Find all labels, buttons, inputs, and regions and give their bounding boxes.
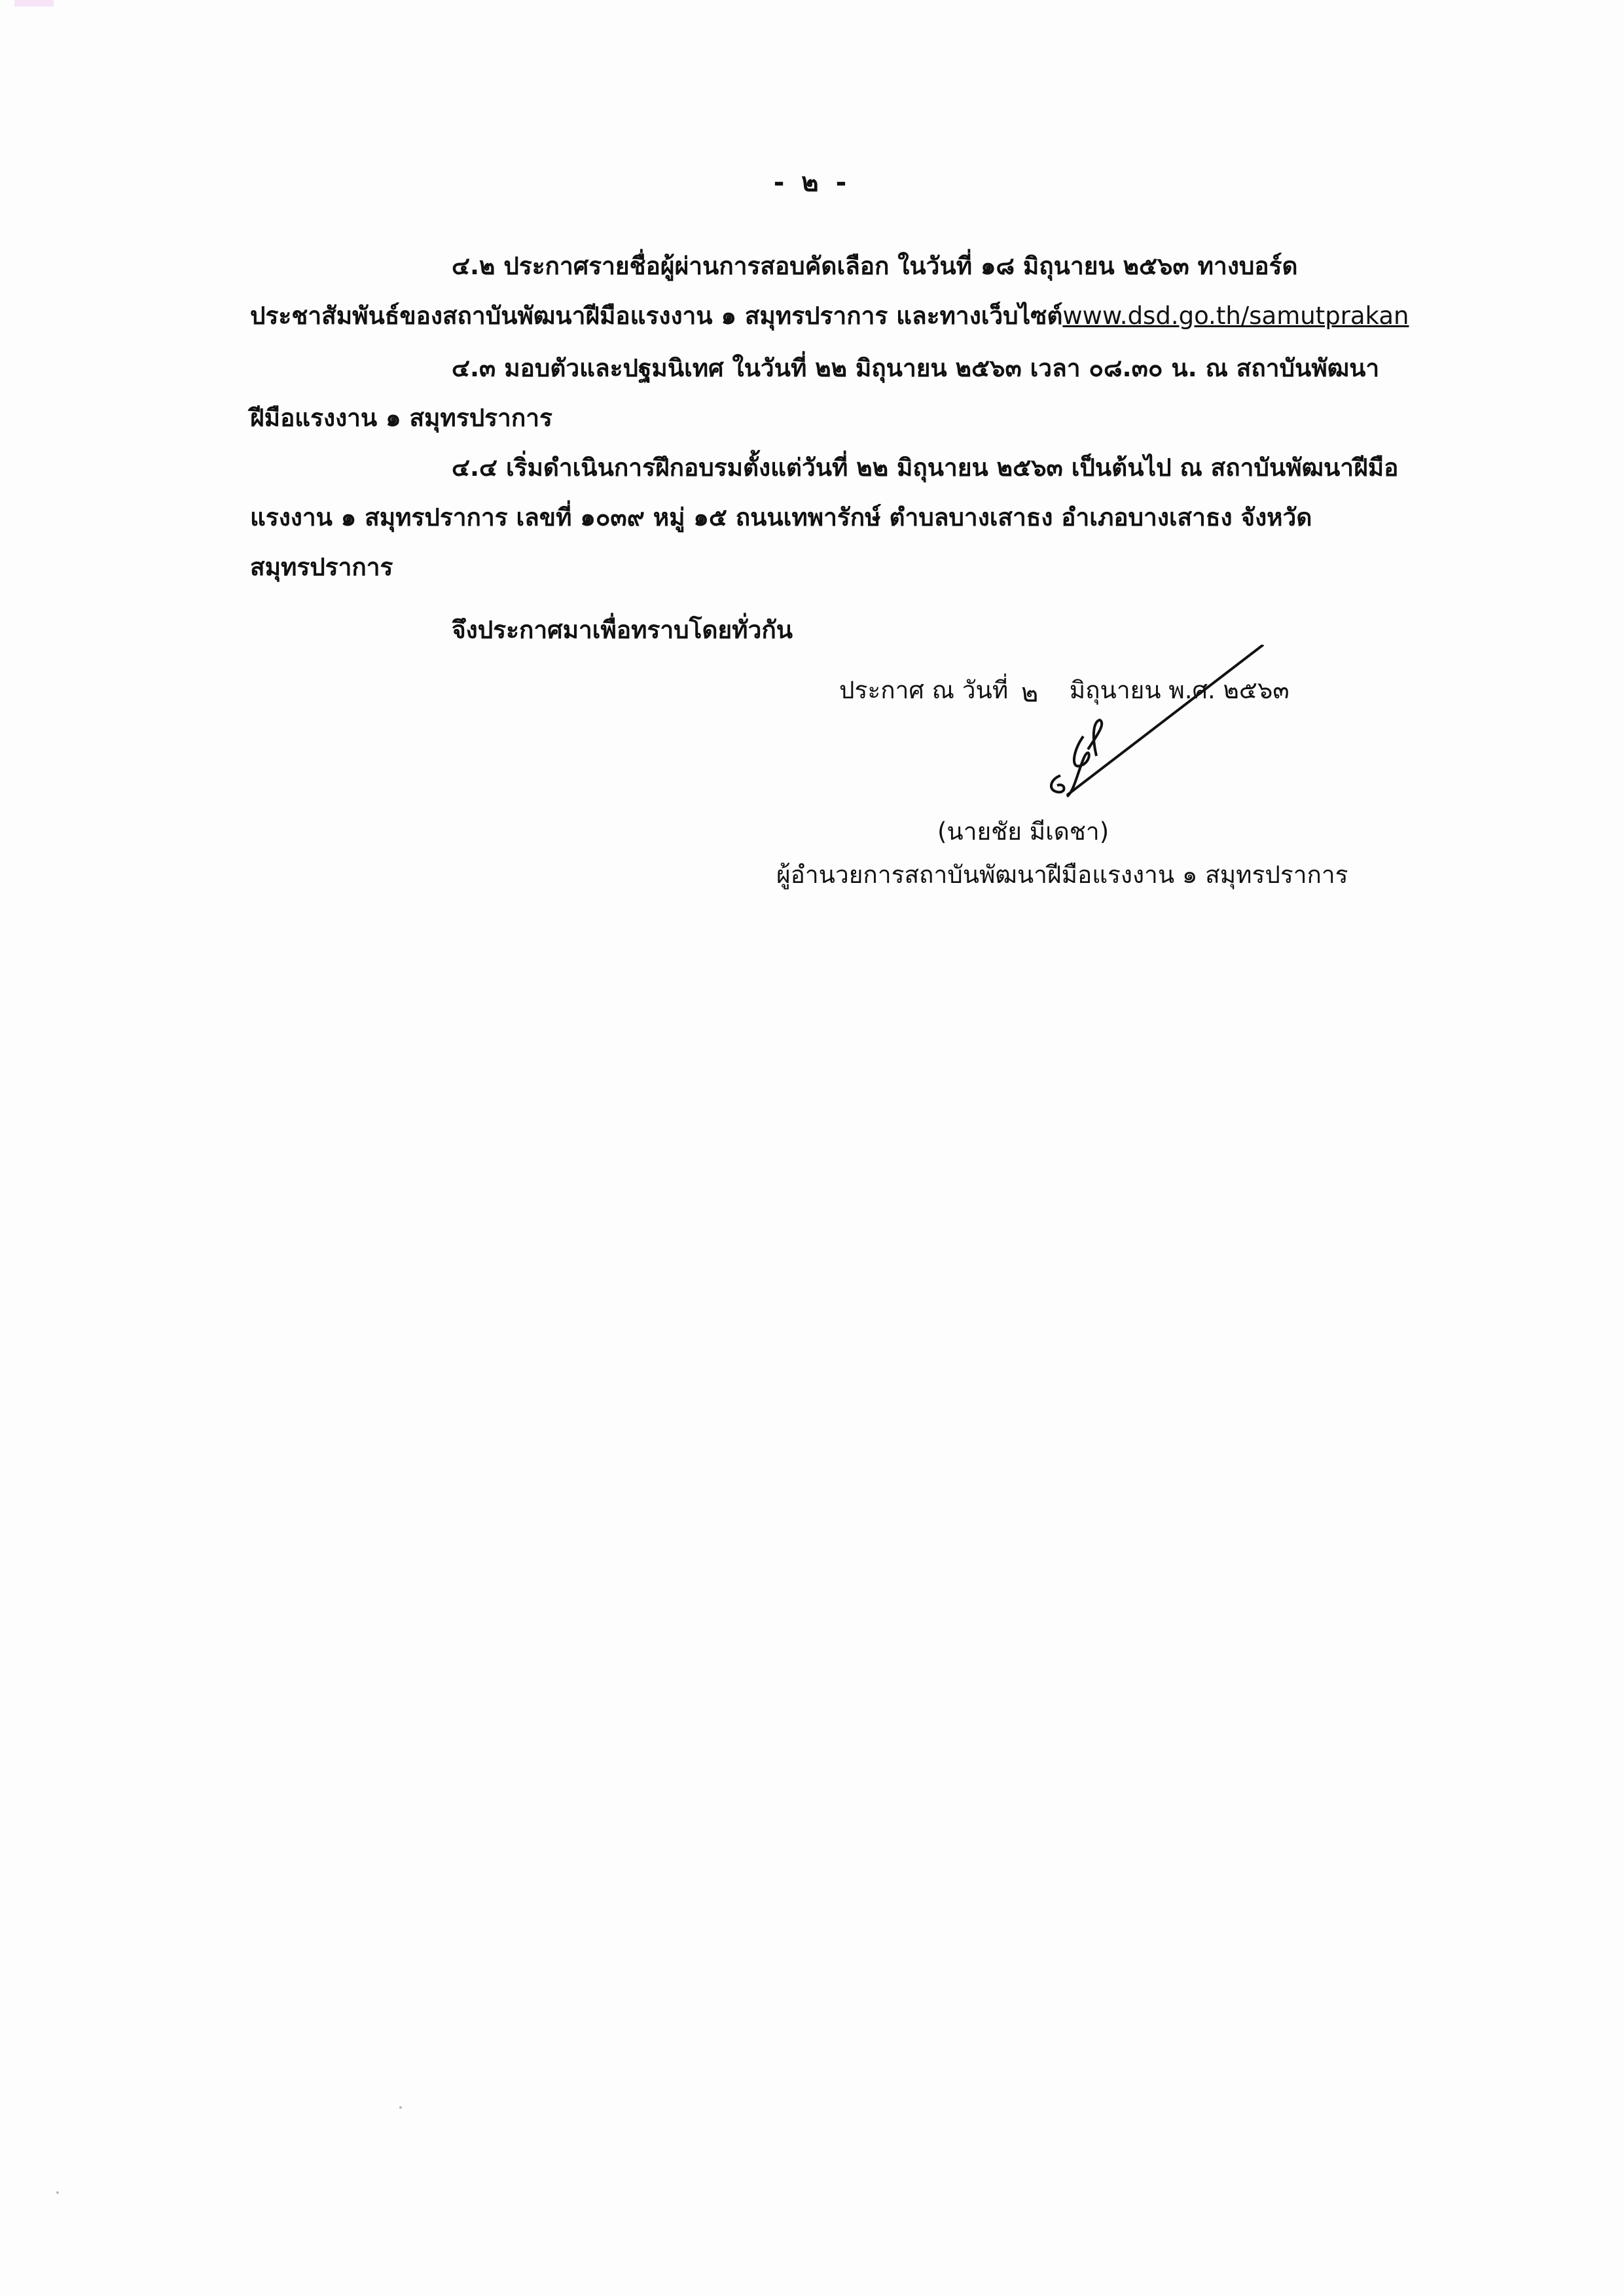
page-number: - ๒ - (0, 161, 1624, 203)
scan-speck (399, 2106, 402, 2109)
signatory-title: ผู้อำนวยการสถาบันพัฒนาฝีมือแรงงาน ๑ สมุท… (776, 863, 1348, 887)
scan-artifact (14, 0, 54, 7)
section-4-2-line-1: ๔.๒ ประกาศรายชื่อผู้ผ่านการสอบคัดเลือก ใ… (452, 254, 1427, 278)
website-link[interactable]: www.dsd.go.th/samutprakan (1062, 302, 1409, 330)
section-4-4-line-1: ๔.๔ เริ่มดำเนินการฝึกอบรมตั้งแต่วันที่ ๒… (452, 456, 1398, 480)
signature-icon (910, 645, 1303, 815)
closing-statement: จึงประกาศมาเพื่อทราบโดยทั่วกัน (452, 618, 793, 642)
section-4-2-line-2-text: ประชาสัมพันธ์ของสถาบันพัฒนาฝีมือแรงงาน ๑… (250, 302, 1062, 330)
signatory-name: (นายชัย มีเดชา) (937, 819, 1109, 844)
scan-speck (56, 2191, 59, 2194)
section-4-4-line-3: สมุทรปราการ (250, 555, 393, 579)
section-4-2-line-2: ประชาสัมพันธ์ของสถาบันพัฒนาฝีมือแรงงาน ๑… (250, 304, 1409, 328)
section-4-4-line-2: แรงงาน ๑ สมุทรปราการ เลขที่ ๑๐๓๙ หมู่ ๑๕… (250, 505, 1312, 529)
section-4-3-line-2: ฝีมือแรงงาน ๑ สมุทรปราการ (250, 406, 552, 430)
signature-image (910, 645, 1303, 815)
section-4-3-line-1: ๔.๓ มอบตัวและปฐมนิเทศ ในวันที่ ๒๒ มิถุนา… (452, 356, 1379, 380)
document-page: - ๒ - ๔.๒ ประกาศรายชื่อผู้ผ่านการสอบคัดเ… (0, 0, 1624, 2296)
